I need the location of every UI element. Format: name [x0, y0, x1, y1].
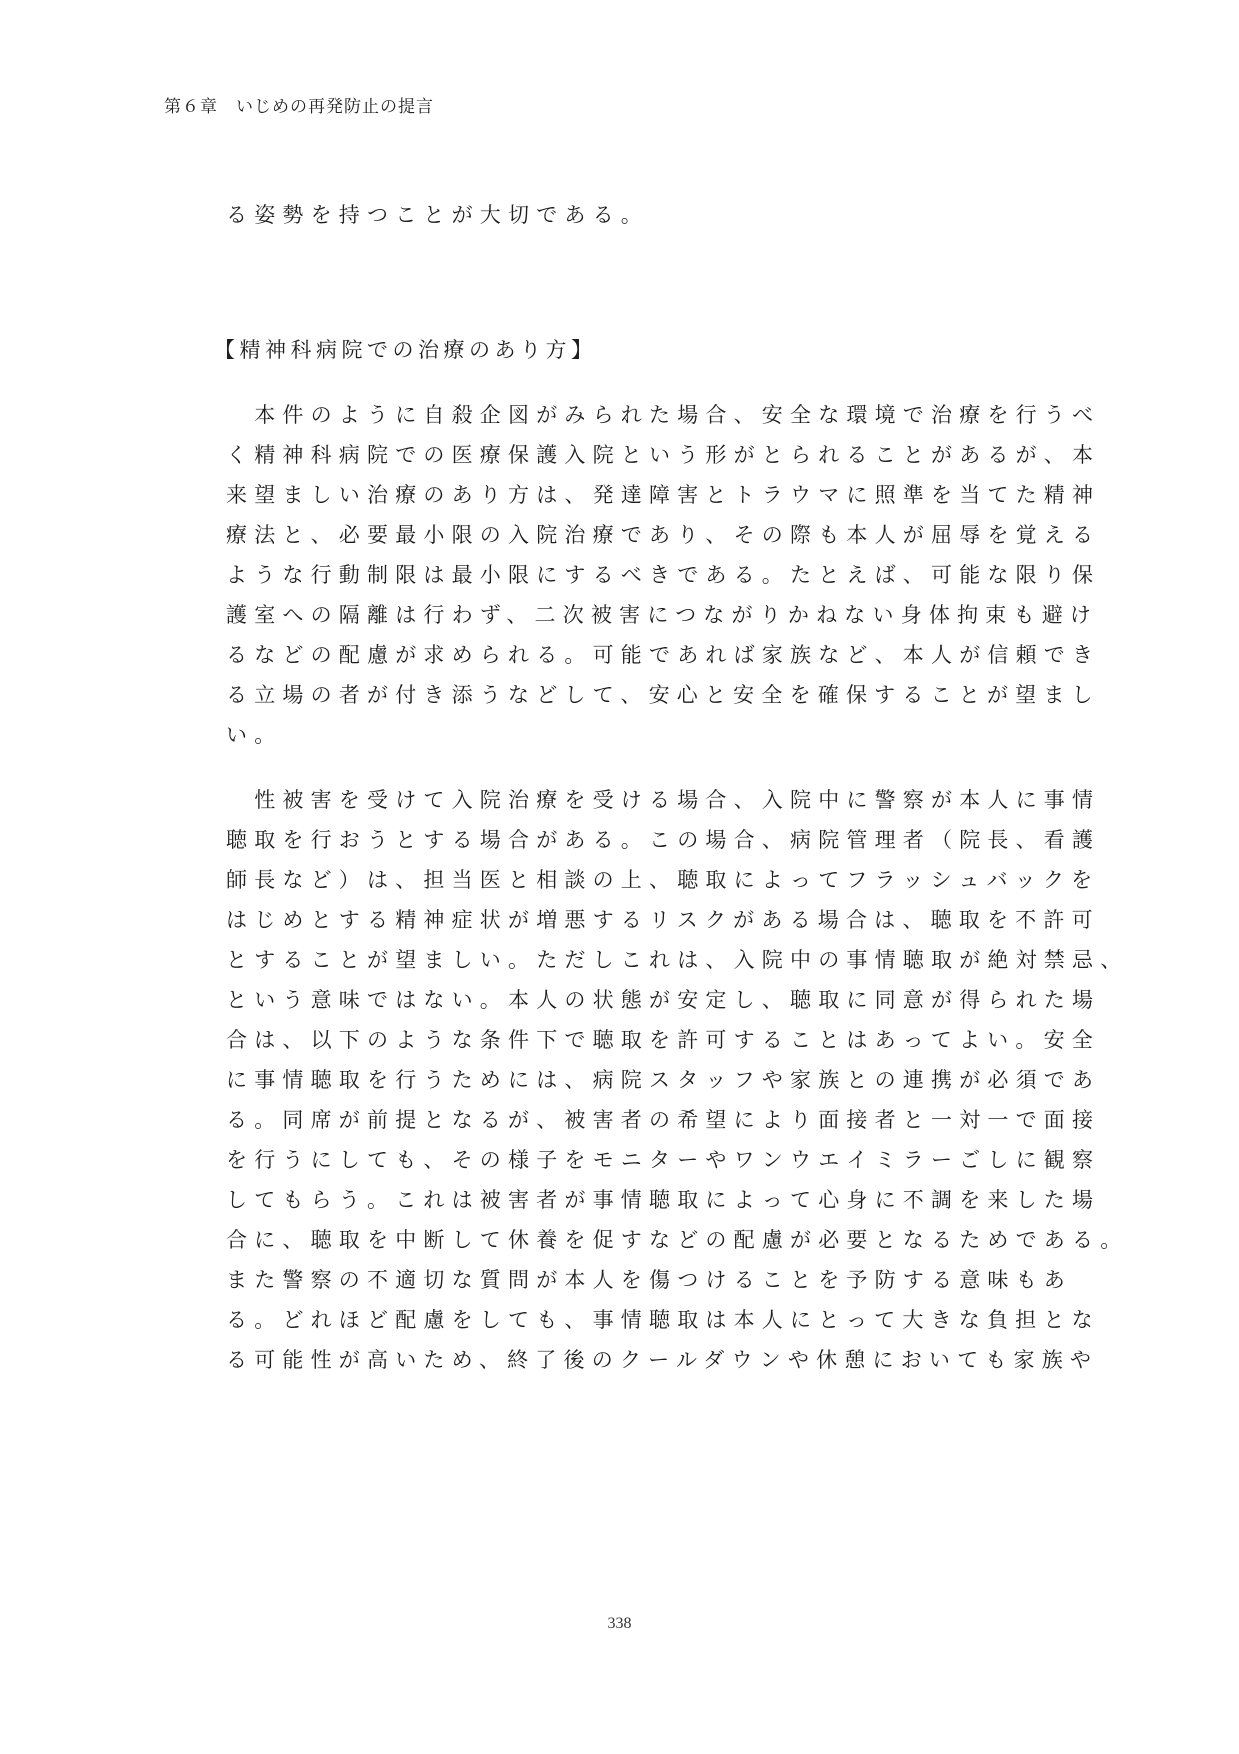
text-line: とすることが望ましい。ただしこれは、入院中の事情聴取が絶対禁忌、: [226, 950, 1128, 971]
text-line: に事情聴取を行うためには、病院スタッフや家族との連携が必須であ: [226, 1070, 1100, 1091]
section-heading: 【精神科病院での治療のあり方】: [214, 340, 597, 361]
text-line: また警察の不適切な質問が本人を傷つけることを予防する意味もあ: [226, 1270, 1072, 1291]
text-line: 療法と、必要最小限の入院治療であり、その際も本人が屈辱を覚える: [226, 525, 1100, 546]
text-line: 護室への隔離は行わず、二次被害につながりかねない身体拘束も避け: [226, 605, 1098, 626]
text-line: 合は、以下のような条件下で聴取を許可することはあってよい。安全: [226, 1030, 1100, 1051]
carryover-line: る姿勢を持つことが大切である。: [226, 205, 649, 226]
text-line: 本件のように自殺企図がみられた場合、安全な環境で治療を行うべ: [226, 405, 1100, 426]
running-header: 第６章 いじめの再発防止の提言: [164, 92, 434, 117]
text-line: 合に、聴取を中断して休養を促すなどの配慮が必要となるためである。: [226, 1230, 1128, 1251]
text-line: く精神科病院での医療保護入院という形がとられることがあるが、本: [226, 445, 1100, 466]
text-line: という意味ではない。本人の状態が安定し、聴取に同意が得られた場: [226, 990, 1100, 1011]
text-line: る。同席が前提となるが、被害者の希望により面接者と一対一で面接: [226, 1110, 1100, 1131]
text-line: る可能性が高いため、終了後のクールダウンや休憩においても家族や: [226, 1350, 1098, 1371]
text-line: い。: [226, 725, 282, 746]
text-line: 性被害を受けて入院治療を受ける場合、入院中に警察が本人に事情: [226, 790, 1100, 811]
text-line: ような行動制限は最小限にするべきである。たとえば、可能な限り保: [226, 565, 1100, 586]
text-line: るなどの配慮が求められる。可能であれば家族など、本人が信頼でき: [226, 645, 1100, 666]
text-line: る。どれほど配慮をしても、事情聴取は本人にとって大きな負担とな: [226, 1310, 1100, 1331]
page-number: 338: [0, 1615, 1239, 1633]
text-line: してもらう。これは被害者が事情聴取によって心身に不調を来した場: [226, 1190, 1100, 1211]
text-line: はじめとする精神症状が増悪するリスクがある場合は、聴取を不許可: [226, 910, 1100, 931]
text-line: 来望ましい治療のあり方は、発達障害とトラウマに照準を当てた精神: [226, 485, 1100, 506]
text-line: 師長など）は、担当医と相談の上、聴取によってフラッシュバックを: [226, 870, 1099, 891]
text-line: を行うにしても、その様子をモニターやワンウエイミラーごしに観察: [226, 1150, 1100, 1171]
text-line: る立場の者が付き添うなどして、安心と安全を確保することが望まし: [226, 685, 1100, 706]
text-line: 聴取を行おうとする場合がある。この場合、病院管理者（院長、看護: [226, 830, 1100, 851]
